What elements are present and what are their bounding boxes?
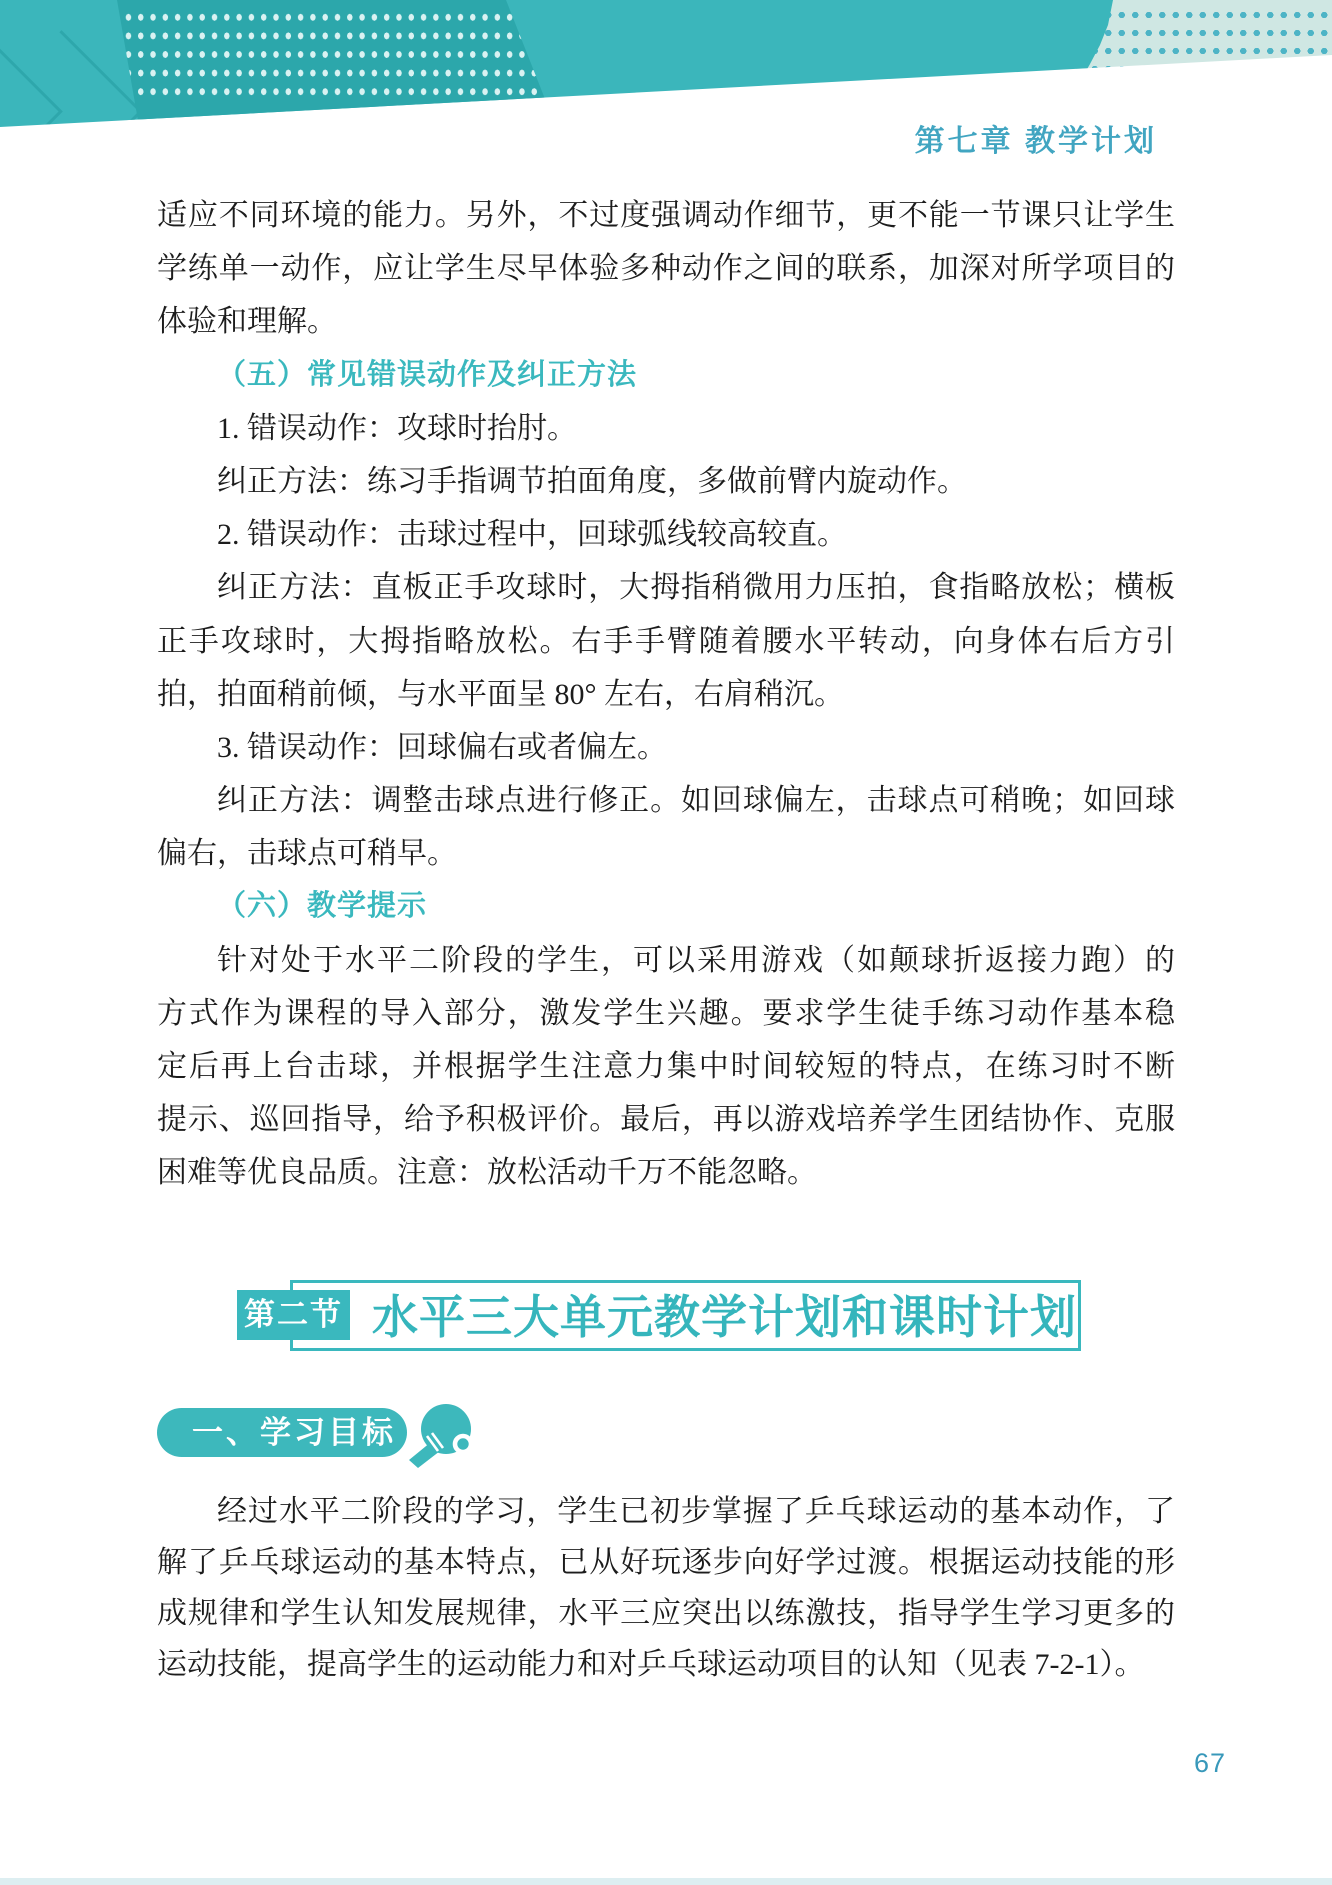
paragraph-line: 正手攻球时，大拇指略放松。右手手臂随着腰水平转动，向身体右后方引 bbox=[157, 615, 1175, 668]
paragraph-line: 2. 错误动作：击球过程中，回球弧线较高较直。 bbox=[157, 508, 1175, 561]
paragraph-line: 经过水平二阶段的学习，学生已初步掌握了乒乓球运动的基本动作，了 bbox=[157, 1486, 1175, 1537]
paragraph-line: 纠正方法：练习手指调节拍面角度，多做前臂内旋动作。 bbox=[157, 455, 1175, 508]
paragraph-line: 解了乒乓球运动的基本特点，已从好玩逐步向好学过渡。根据运动技能的形 bbox=[157, 1537, 1175, 1588]
paragraph-line: 纠正方法：调整击球点进行修正。如回球偏左，击球点可稍晚；如回球 bbox=[157, 774, 1175, 827]
table-tennis-paddle-icon bbox=[403, 1400, 495, 1470]
bottom-strip-decoration bbox=[0, 1878, 1332, 1885]
paragraph-line: 适应不同环境的能力。另外，不过度强调动作细节，更不能一节课只让学生 bbox=[157, 189, 1175, 242]
page-number: 67 bbox=[1194, 1748, 1226, 1779]
top-banner bbox=[0, 0, 1332, 132]
paragraph-line: 3. 错误动作：回球偏右或者偏左。 bbox=[157, 721, 1175, 774]
subsection-heading: （五）常见错误动作及纠正方法 bbox=[157, 349, 1175, 402]
learning-goal-banner: 一、学习目标 bbox=[157, 1408, 407, 1457]
chevron-decoration-icon bbox=[0, 30, 143, 193]
paragraph-line: 针对处于水平二阶段的学生，可以采用游戏（如颠球折返接力跑）的 bbox=[157, 934, 1175, 987]
body-text-column: 经过水平二阶段的学习，学生已初步掌握了乒乓球运动的基本动作，了 解了乒乓球运动的… bbox=[157, 1486, 1175, 1690]
paragraph-line: 1. 错误动作：攻球时抬肘。 bbox=[157, 402, 1175, 455]
paragraph-line: 定后再上台击球，并根据学生注意力集中时间较短的特点，在练习时不断 bbox=[157, 1040, 1175, 1093]
subsection-heading: （六）教学提示 bbox=[157, 880, 1175, 933]
section-title: 水平三大单元教学计划和课时计划 bbox=[372, 1288, 1077, 1346]
paragraph-line: 学练单一动作，应让学生尽早体验多种动作之间的联系，加深对所学项目的 bbox=[157, 242, 1175, 295]
paragraph-line: 困难等优良品质。注意：放松活动千万不能忽略。 bbox=[157, 1146, 1175, 1199]
body-text-column: 适应不同环境的能力。另外，不过度强调动作细节，更不能一节课只让学生 学练单一动作… bbox=[157, 189, 1175, 1200]
paragraph-line: 运动技能，提高学生的运动能力和对乒乓球运动项目的认知（见表 7-2-1）。 bbox=[157, 1639, 1175, 1690]
paragraph-line: 体验和理解。 bbox=[157, 295, 1175, 348]
paragraph-line: 偏右，击球点可稍早。 bbox=[157, 827, 1175, 880]
paragraph-line: 纠正方法：直板正手攻球时，大拇指稍微用力压拍，食指略放松；横板 bbox=[157, 561, 1175, 614]
section-number-badge: 第二节 bbox=[237, 1290, 350, 1340]
paragraph-line: 提示、巡回指导，给予积极评价。最后，再以游戏培养学生团结协作、克服 bbox=[157, 1093, 1175, 1146]
banner-mint-dots-block bbox=[1076, 0, 1332, 132]
chapter-header: 第七章 教学计划 bbox=[915, 116, 1157, 160]
paragraph-line: 成规律和学生认知发展规律，水平三应突出以练激技，指导学生学习更多的 bbox=[157, 1588, 1175, 1639]
paragraph-line: 方式作为课程的导入部分，激发学生兴趣。要求学生徒手练习动作基本稳 bbox=[157, 987, 1175, 1040]
paragraph-line: 拍，拍面稍前倾，与水平面呈 80° 左右，右肩稍沉。 bbox=[157, 668, 1175, 721]
